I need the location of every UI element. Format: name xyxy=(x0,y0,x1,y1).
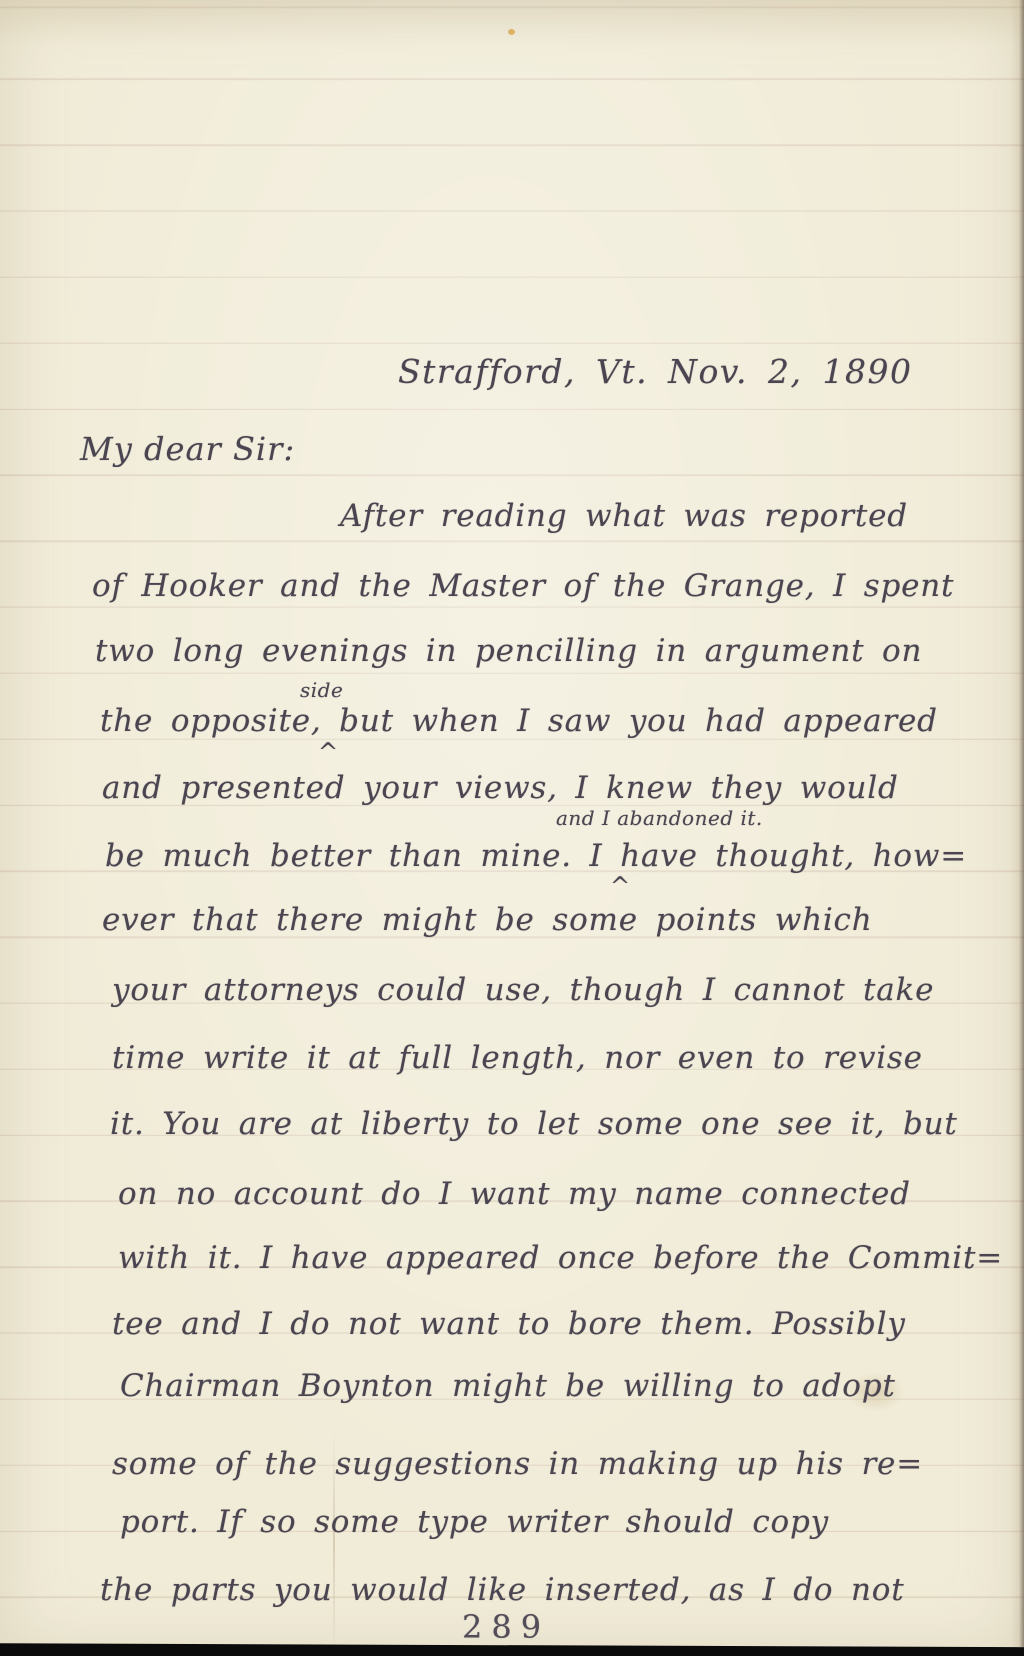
letter-line-14: Chairman Boynton might be willing to ado… xyxy=(120,1368,896,1404)
letter-line-2: of Hooker and the Master of the Grange, … xyxy=(92,568,954,604)
page-number: 289 xyxy=(462,1608,550,1646)
scan-right-edge xyxy=(1019,0,1024,1656)
letter-line-8: your attorneys could use, though I canno… xyxy=(112,972,934,1008)
letter-line-12: with it. I have appeared once before the… xyxy=(118,1240,1003,1276)
paper-speck xyxy=(508,29,515,35)
insertion-caret-1: ^ xyxy=(318,738,338,766)
interlinear-insertion-side: side xyxy=(300,678,343,702)
letter-line-7: ever that there might be some points whi… xyxy=(102,902,872,938)
letter-line-9: time write it at full length, nor even t… xyxy=(112,1040,923,1076)
letter-page: Strafford, Vt. Nov. 2, 1890 My dear Sir:… xyxy=(0,0,1024,1656)
letter-line-6: be much better than mine. I have thought… xyxy=(105,838,967,874)
interlinear-insertion-abandoned: and I abandoned it. xyxy=(556,806,763,830)
insertion-caret-2: ^ xyxy=(610,872,630,900)
letter-line-17: the parts you would like inserted, as I … xyxy=(100,1572,904,1608)
letter-line-16: port. If so some type writer should copy xyxy=(120,1504,829,1540)
letter-line-5: and presented your views, I knew they wo… xyxy=(102,770,899,806)
letter-line-10: it. You are at liberty to let some one s… xyxy=(110,1106,958,1142)
letter-line-15: some of the suggestions in making up his… xyxy=(112,1446,923,1482)
letter-line-3: two long evenings in pencilling in argum… xyxy=(95,633,922,669)
letter-line-11: on no account do I want my name connecte… xyxy=(118,1176,911,1212)
letter-salutation: My dear Sir: xyxy=(80,430,295,468)
letter-dateline: Strafford, Vt. Nov. 2, 1890 xyxy=(398,352,912,391)
letter-line-1: After reading what was reported xyxy=(340,498,908,534)
letter-line-4: the opposite, but when I saw you had app… xyxy=(100,703,938,739)
letter-line-13: tee and I do not want to bore them. Poss… xyxy=(112,1306,906,1342)
